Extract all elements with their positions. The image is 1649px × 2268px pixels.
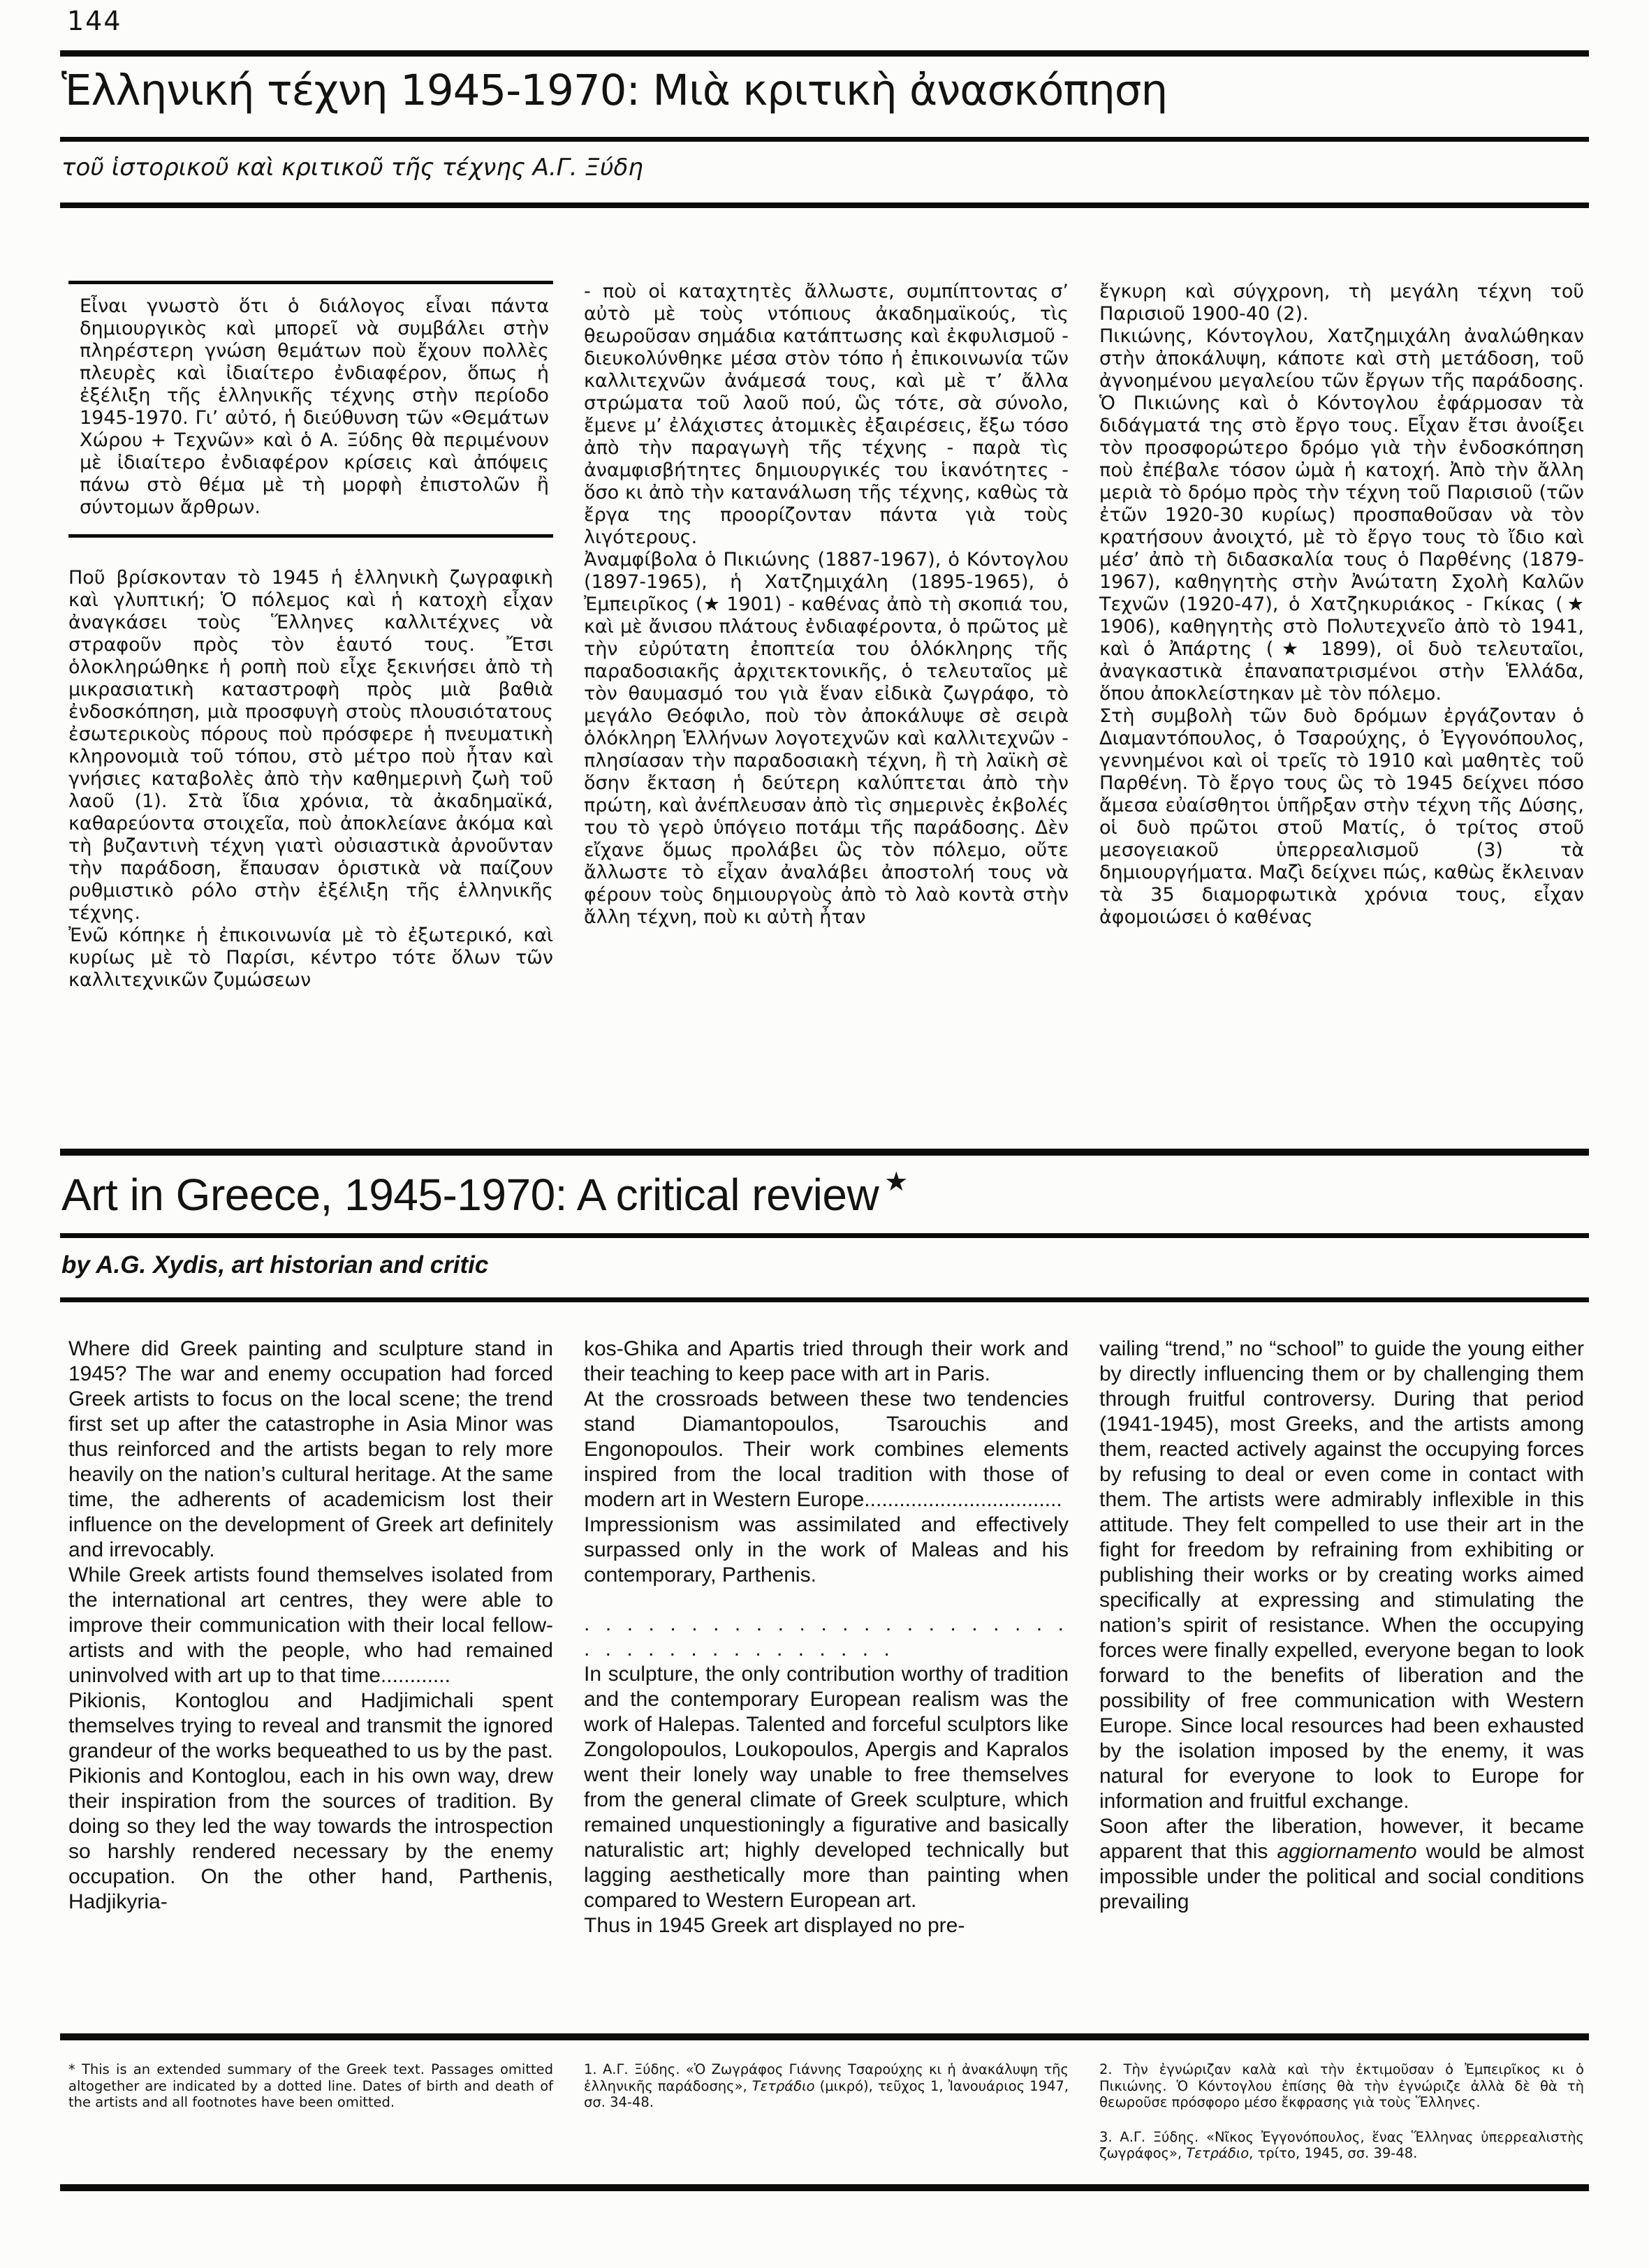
- greek-article-body: Εἶναι γνωστὸ ὅτι ὁ διάλογος εἶναι πάντα …: [68, 281, 1584, 1131]
- english-rule-under-byline: [60, 1297, 1589, 1302]
- footnote-2: 2. Τὴν ἐγνώριζαν καλὰ καὶ τὴν ἐκτιμοῦσαν…: [1099, 2061, 1584, 2111]
- footnotes: * This is an extended summary of the Gre…: [68, 2061, 1584, 2179]
- english-paragraph: In sculpture, the only contribution wort…: [584, 1662, 1069, 1913]
- greek-paragraph: Στὴ συμβολὴ τῶν δυὸ δρόμων ἐργάζονταν ὁ …: [1099, 705, 1584, 929]
- english-paragraph: Where did Greek painting and sculpture s…: [68, 1336, 553, 1563]
- greek-paragraph: Πικιώνης, Κόντογλου, Χατζημιχάλη ἀναλώθη…: [1099, 325, 1584, 705]
- footnote-segment: , τρίτο, 1945, σσ. 39-48.: [1249, 2145, 1417, 2161]
- english-rule-under-title: [60, 1233, 1589, 1238]
- greek-column-3: ἔγκυρη καὶ σύγχρονη, τὴ μεγάλη τέχνη τοῦ…: [1099, 281, 1584, 1131]
- page-bottom-rule: [60, 2184, 1589, 2191]
- magazine-page: 144 Ἑλληνική τέχνη 1945-1970: Μιὰ κριτικ…: [0, 0, 1649, 2268]
- english-paragraph: Thus in 1945 Greek art displayed no pre-: [584, 1913, 1069, 1938]
- greek-byline: τοῦ ἱστορικοῦ καὶ κριτικοῦ τῆς τέχνης Α.…: [61, 154, 643, 182]
- english-column-1: Where did Greek painting and sculpture s…: [68, 1336, 553, 2015]
- header-rule-under-byline: [60, 202, 1589, 208]
- english-article-body: Where did Greek painting and sculpture s…: [68, 1336, 1584, 2015]
- greek-column-2: - ποὺ οἱ καταχτητὲς ἄλλωστε, συμπίπτοντα…: [584, 281, 1069, 1131]
- footnote-column-2: 1. Α.Γ. Ξύδης. «Ὁ Ζωγράφος Γιάννης Τσαρο…: [584, 2061, 1069, 2179]
- editor-note-text: Εἶναι γνωστὸ ὅτι ὁ διάλογος εἶναι πάντα …: [80, 295, 549, 519]
- journal-title-italic: Τετράδιο: [752, 2078, 815, 2094]
- greek-article-title: Ἑλληνική τέχνη 1945-1970: Μιὰ κριτικὴ ἀν…: [61, 66, 1167, 115]
- italic-term: aggiornamento: [1277, 1840, 1416, 1863]
- header-rule-top: [60, 50, 1589, 57]
- footnote-1: 1. Α.Γ. Ξύδης. «Ὁ Ζωγράφος Γιάννης Τσαρο…: [584, 2061, 1069, 2111]
- english-paragraph: vailing “trend,” no “school” to guide th…: [1099, 1336, 1584, 1814]
- english-paragraph: At the crossroads between these two tend…: [584, 1387, 1069, 1512]
- english-paragraph: kos-Ghika and Apartis tried through thei…: [584, 1336, 1069, 1387]
- footnote-column-1: * This is an extended summary of the Gre…: [68, 2061, 553, 2179]
- greek-paragraph: - ποὺ οἱ καταχτητὲς ἄλλωστε, συμπίπτοντα…: [584, 281, 1069, 549]
- footnote-summary-note: * This is an extended summary of the Gre…: [68, 2061, 553, 2111]
- greek-paragraph: ἔγκυρη καὶ σύγχρονη, τὴ μεγάλη τέχνη τοῦ…: [1099, 281, 1584, 325]
- english-title-text: Art in Greece, 1945-1970: A critical rev…: [61, 1170, 879, 1220]
- english-byline: by A.G. Xydis, art historian and critic: [61, 1251, 488, 1279]
- greek-paragraph: Ποῦ βρίσκονταν τὸ 1945 ἡ ἑλληνικὴ ζωγραφ…: [68, 567, 553, 925]
- editor-note-box: Εἶναι γνωστὸ ὅτι ὁ διάλογος εἶναι πάντα …: [68, 281, 553, 538]
- greek-column-1: Εἶναι γνωστὸ ὅτι ὁ διάλογος εἶναι πάντα …: [68, 281, 553, 1131]
- greek-paragraph: Ἐνῶ κόπηκε ἡ ἐπικοινωνία μὲ τὸ ἐξωτερικό…: [68, 925, 553, 992]
- title-footnote-star-icon: ★: [884, 1168, 908, 1197]
- page-number: 144: [67, 6, 122, 36]
- english-paragraph: Impressionism was assimilated and effect…: [584, 1512, 1069, 1588]
- english-paragraph: Pikionis, Kontoglou and Hadjimichali spe…: [68, 1688, 553, 1915]
- journal-title-italic: Τετράδιο: [1186, 2145, 1249, 2161]
- english-paragraph: Soon after the liberation, however, it b…: [1099, 1814, 1584, 1915]
- english-column-3: vailing “trend,” no “school” to guide th…: [1099, 1336, 1584, 2015]
- english-rule-top: [60, 1149, 1589, 1156]
- greek-paragraph: Ἀναμφίβολα ὁ Πικιώνης (1887-1967), ὁ Κόν…: [584, 549, 1069, 929]
- english-article-title: Art in Greece, 1945-1970: A critical rev…: [61, 1166, 908, 1221]
- footnote-rule-top: [60, 2033, 1589, 2040]
- footnote-3: 3. Α.Γ. Ξύδης. «Νῖκος Ἐγγονόπουλος, ἕνας…: [1099, 2129, 1584, 2162]
- english-column-2: kos-Ghika and Apartis tried through thei…: [584, 1336, 1069, 2015]
- header-rule-under-title: [60, 137, 1589, 142]
- footnote-column-3: 2. Τὴν ἐγνώριζαν καλὰ καὶ τὴν ἐκτιμοῦσαν…: [1099, 2061, 1584, 2179]
- english-paragraph: While Greek artists found themselves iso…: [68, 1563, 553, 1688]
- omitted-passage-dots: . . . . . . . . . . . . . . . . . . . . …: [584, 1612, 1069, 1662]
